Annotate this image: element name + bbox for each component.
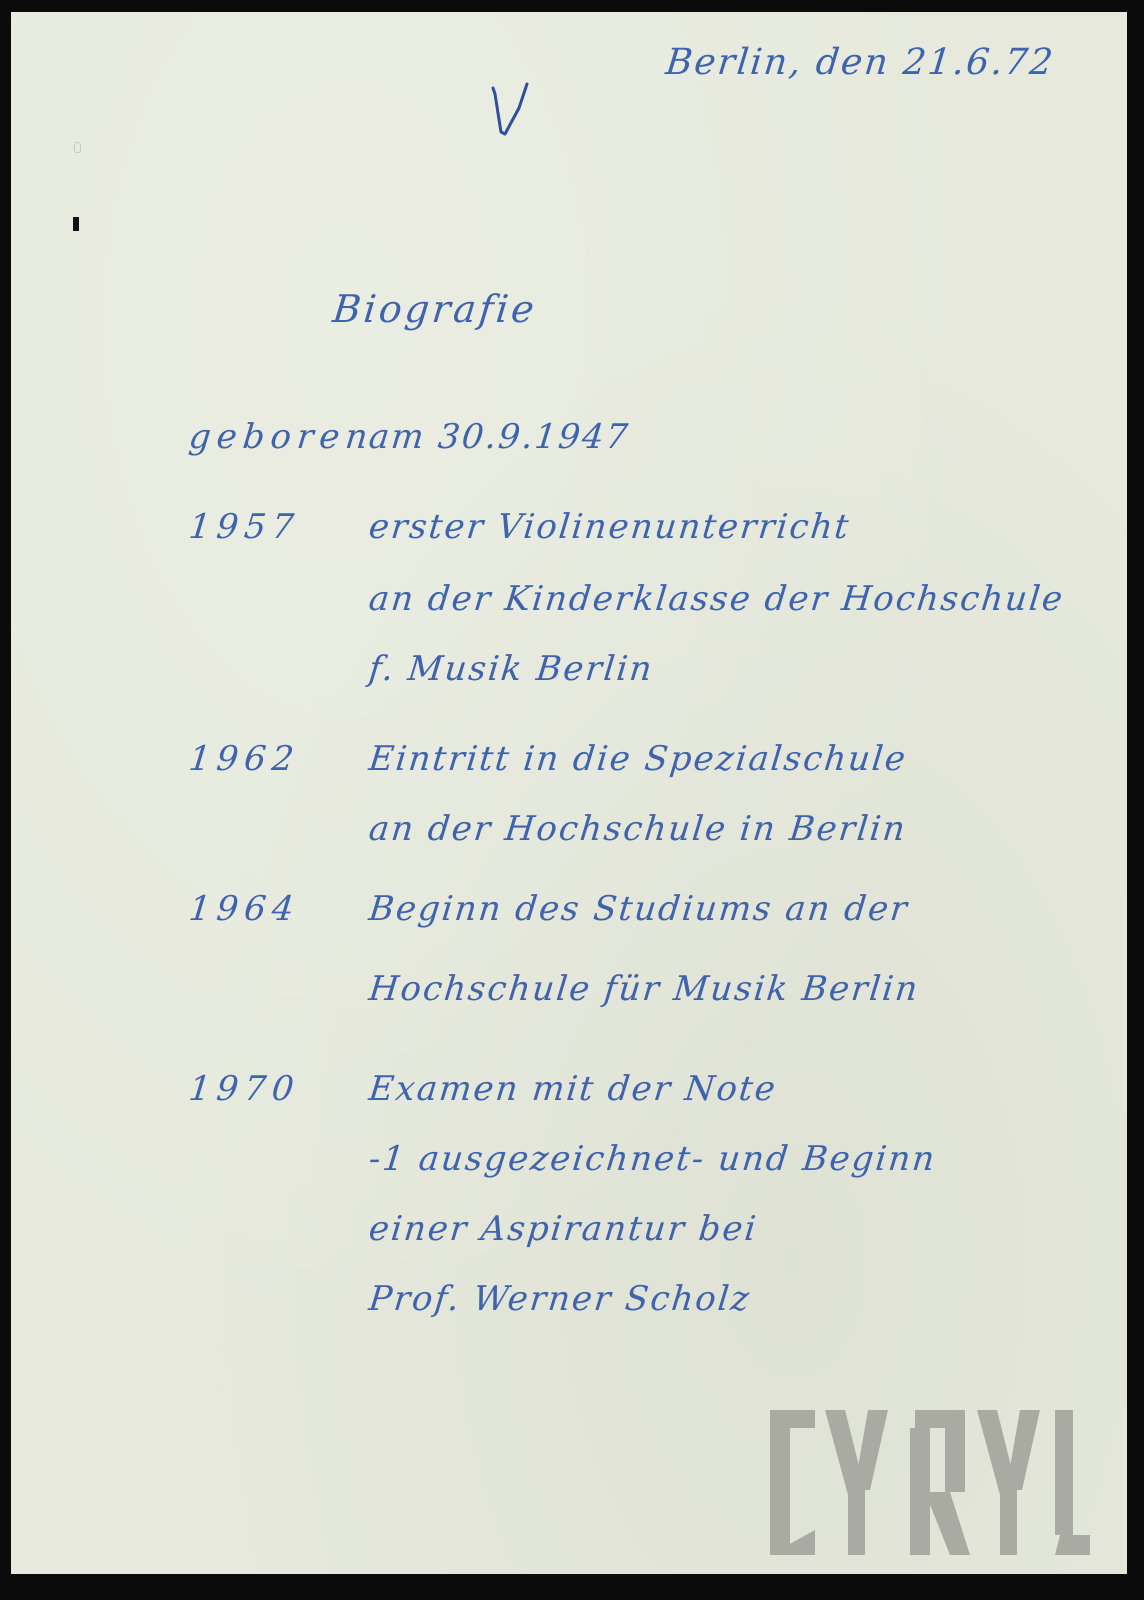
document-title: Biografie bbox=[331, 287, 539, 331]
entry-line: erster Violinenunterricht bbox=[367, 507, 852, 547]
entry-line: Prof. Werner Scholz bbox=[367, 1279, 753, 1319]
entry-year-1957: 1957 bbox=[187, 507, 302, 547]
cyryl-watermark-logo bbox=[760, 1410, 1090, 1560]
entry-year-1970: 1970 bbox=[187, 1069, 302, 1109]
entry-label-born: geboren bbox=[187, 417, 376, 457]
entry-line: am 30.9.1947 bbox=[367, 417, 632, 457]
dateline: Berlin, den 21.6.72 bbox=[664, 42, 1057, 83]
entry-year-1964: 1964 bbox=[187, 889, 302, 929]
entry-line: f. Musik Berlin bbox=[367, 649, 656, 689]
punch-hole-mark bbox=[74, 142, 81, 153]
punch-hole bbox=[73, 217, 79, 231]
entry-year-1962: 1962 bbox=[187, 739, 302, 779]
entry-line: an der Kinderklasse der Hochschule bbox=[367, 579, 1066, 619]
entry-line: einer Aspirantur bei bbox=[367, 1209, 760, 1249]
checkmark-icon bbox=[489, 82, 529, 142]
entry-line: Eintritt in die Spezialschule bbox=[367, 739, 909, 779]
entry-line: Beginn des Studiums an der bbox=[367, 889, 911, 929]
entry-line: an der Hochschule in Berlin bbox=[367, 809, 909, 849]
entry-line: -1 ausgezeichnet- und Beginn bbox=[367, 1139, 938, 1179]
entry-line: Hochschule für Musik Berlin bbox=[367, 969, 921, 1009]
entry-line: Examen mit der Note bbox=[367, 1069, 779, 1109]
document-page: Berlin, den 21.6.72 Biografie geboren am… bbox=[11, 12, 1127, 1574]
